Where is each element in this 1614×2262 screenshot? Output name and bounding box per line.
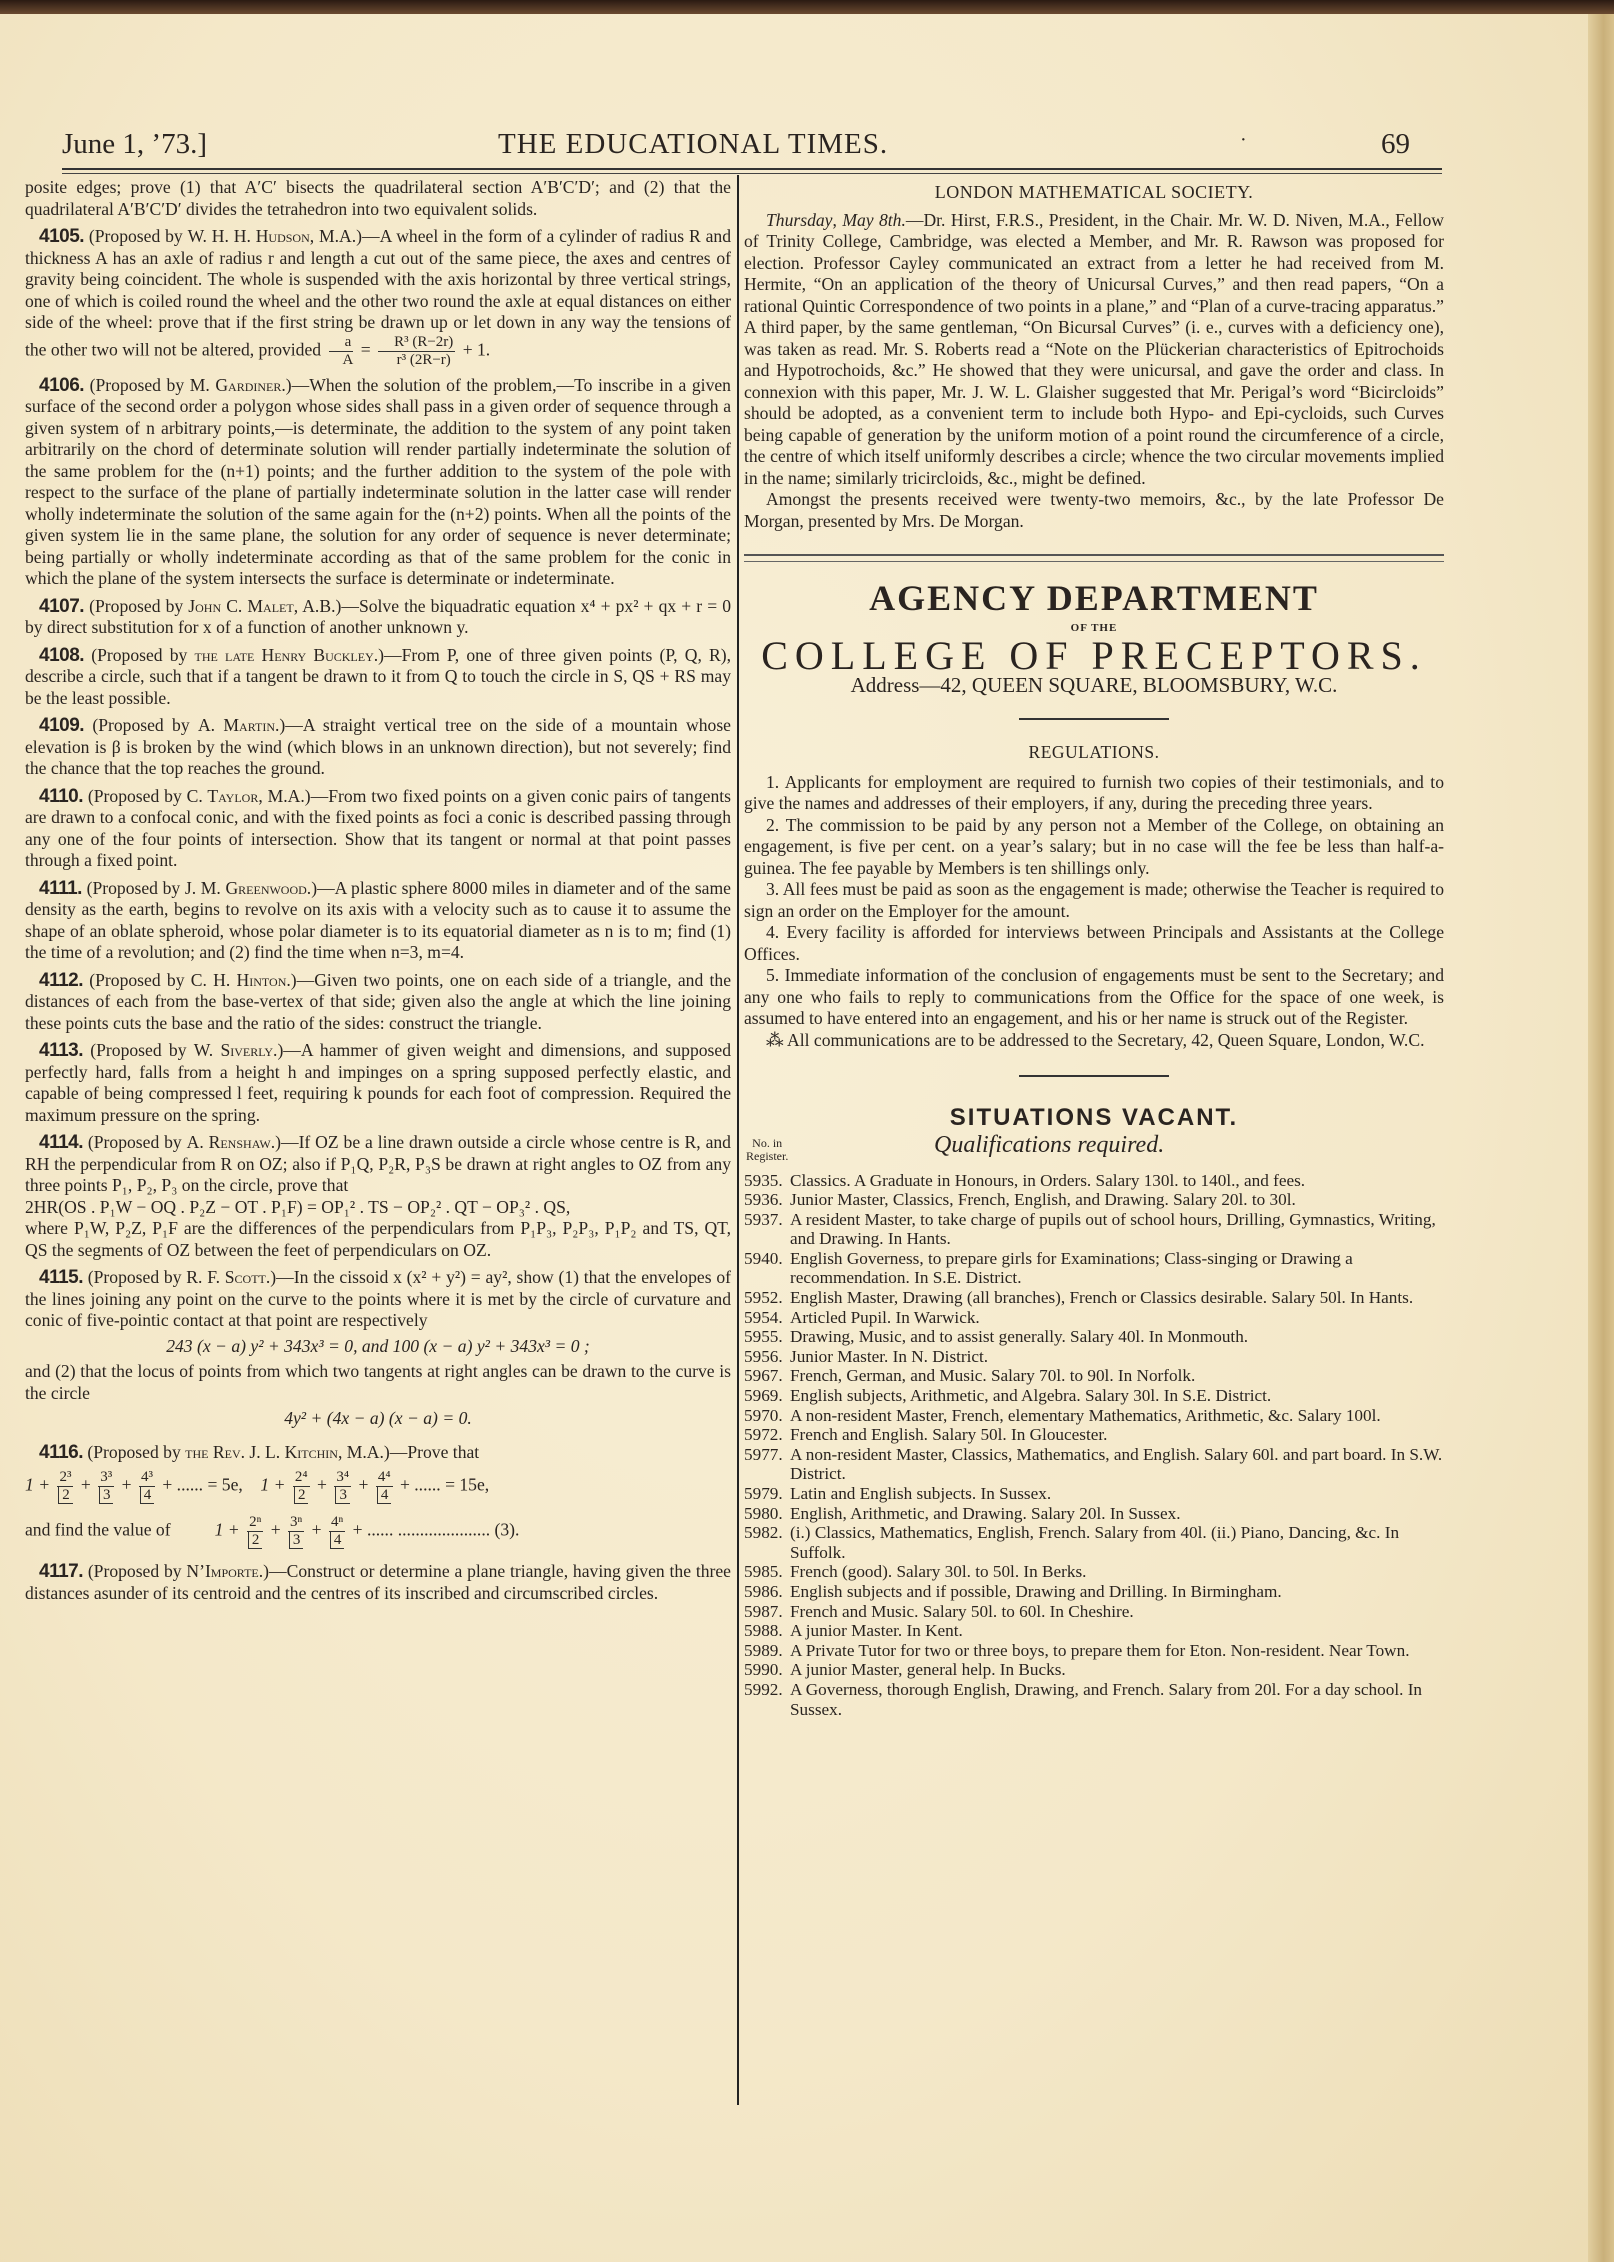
proposer: N’Importe. xyxy=(186,1561,263,1581)
problem-4114: 4114. (Proposed by A. Renshaw.)—If OZ be… xyxy=(25,1132,731,1197)
proposer: A. Martin. xyxy=(198,715,279,735)
list-item: 5987.French and Music. Salary 50l. to 60… xyxy=(744,1602,1444,1622)
proposer: C. Taylor, M.A. xyxy=(187,786,305,806)
list-item: 5952.English Master, Drawing (all branch… xyxy=(744,1288,1444,1308)
lms-presents: Amongst the presents received were twent… xyxy=(744,489,1444,532)
formula-fraction: R³ (R−2r)r³ (2R−r) xyxy=(378,334,455,369)
header-rule-thin xyxy=(62,173,1442,174)
secretary-note: ⁂ All communications are to be addressed… xyxy=(744,1030,1444,1052)
formula-4114: 2HR(OS . P₁W − OQ . P₂Z − OT . P₁F) = OP… xyxy=(25,1197,731,1219)
list-item: 5979.Latin and English subjects. In Suss… xyxy=(744,1484,1444,1504)
proposer: W. H. H. Hudson, M.A. xyxy=(188,226,357,246)
continuation-text: posite edges; prove (1) that A′C′ bisect… xyxy=(25,177,731,220)
section-divider xyxy=(744,554,1444,562)
formula-4115-envelopes: 243 (x − a) y² + 343x³ = 0, and 100 (x −… xyxy=(25,1336,731,1358)
list-item: 5990.A junior Master, general help. In B… xyxy=(744,1660,1444,1680)
situations-list: 5935.Classics. A Graduate in Honours, in… xyxy=(744,1171,1444,1720)
college-heading: COLLEGE OF PRECEPTORS. xyxy=(744,645,1444,667)
publication-title: THE EDUCATIONAL TIMES. xyxy=(498,124,888,164)
problem-4113: 4113. (Proposed by W. Siverly.)—A hammer… xyxy=(25,1040,731,1126)
problem-text: Prove that xyxy=(407,1442,479,1462)
list-item: 5954.Articled Pupil. In Warwick. xyxy=(744,1308,1444,1328)
left-column: posite edges; prove (1) that A′C′ bisect… xyxy=(25,177,731,1604)
list-item: 5935.Classics. A Graduate in Honours, in… xyxy=(744,1171,1444,1191)
regulation-3: 3. All fees must be paid as soon as the … xyxy=(744,879,1444,922)
short-divider xyxy=(1019,1075,1169,1077)
issue-date: June 1, ’73.] xyxy=(62,124,207,164)
page-number: 69 xyxy=(1381,124,1410,164)
problem-4111: 4111. (Proposed by J. M. Greenwood.)—A p… xyxy=(25,878,731,964)
problem-4115: 4115. (Proposed by R. F. Scott.)—In the … xyxy=(25,1267,731,1332)
list-item: 5992.A Governess, thorough English, Draw… xyxy=(744,1680,1444,1719)
situations-vacant-heading: SITUATIONS VACANT. xyxy=(744,1107,1444,1129)
problem-4107: 4107. (Proposed by John C. Malet, A.B.)—… xyxy=(25,596,731,639)
list-item: 5986.English subjects and if possible, D… xyxy=(744,1582,1444,1602)
qualifications-label: Qualifications required. xyxy=(934,1135,1164,1157)
series-formulas: 1 + 2³2 + 3³3 + 4³4 + ...... = 5e, 1 + 2… xyxy=(25,1469,731,1504)
problem-text-cont: and (2) that the locus of points from wh… xyxy=(25,1361,731,1404)
register-number-label: No. in Register. xyxy=(746,1137,788,1163)
problem-4106: 4106. (Proposed by M. Gardiner.)—When th… xyxy=(25,375,731,590)
regulation-5: 5. Immediate information of the conclusi… xyxy=(744,965,1444,1030)
problem-text: When the solution of the problem,—To ins… xyxy=(25,375,731,589)
list-item: 5956.Junior Master. In N. District. xyxy=(744,1347,1444,1367)
proposer: J. M. Greenwood. xyxy=(185,878,311,898)
lms-report: Thursday, May 8th.—Dr. Hirst, F.R.S., Pr… xyxy=(744,210,1444,490)
short-divider xyxy=(1019,718,1169,720)
regulation-4: 4. Every facility is afforded for interv… xyxy=(744,922,1444,965)
problem-4112: 4112. (Proposed by C. H. Hinton.)—Given … xyxy=(25,970,731,1035)
formula-4115-circle: 4y² + (4x − a) (x − a) = 0. xyxy=(25,1408,731,1430)
proposer: W. Siverly. xyxy=(194,1040,278,1060)
page-edge-shadow xyxy=(1588,14,1614,2262)
list-item: 5980.English, Arithmetic, and Drawing. S… xyxy=(744,1504,1444,1524)
problem-4109: 4109. (Proposed by A. Martin.)—A straigh… xyxy=(25,715,731,780)
list-item: 5936.Junior Master, Classics, French, En… xyxy=(744,1190,1444,1210)
header-dot: · xyxy=(1240,120,1247,160)
list-item: 5955.Drawing, Music, and to assist gener… xyxy=(744,1327,1444,1347)
agency-heading: AGENCY DEPARTMENT xyxy=(744,588,1444,610)
problem-4105: 4105. (Proposed by W. H. H. Hudson, M.A.… xyxy=(25,226,731,369)
scan-top-edge xyxy=(0,0,1614,14)
list-item: 5989.A Private Tutor for two or three bo… xyxy=(744,1641,1444,1661)
situations-column-headers: No. in Register. Qualifications required… xyxy=(744,1133,1444,1171)
proposer: A. Renshaw. xyxy=(187,1132,276,1152)
list-item: 5969.English subjects, Arithmetic, and A… xyxy=(744,1386,1444,1406)
problem-number: 4105. xyxy=(39,226,84,247)
problem-4117: 4117. (Proposed by N’Importe.)—Construct… xyxy=(25,1561,731,1604)
problem-4108: 4108. (Proposed by the late Henry Buckle… xyxy=(25,645,731,710)
problem-4116: 4116. (Proposed by the Rev. J. L. Kitchi… xyxy=(25,1442,731,1464)
list-item: 5940.English Governess, to prepare girls… xyxy=(744,1249,1444,1288)
lms-heading: LONDON MATHEMATICAL SOCIETY. xyxy=(744,182,1444,204)
proposer: M. Gardiner. xyxy=(190,375,286,395)
list-item: 5982.(i.) Classics, Mathematics, English… xyxy=(744,1523,1444,1562)
regulation-2: 2. The commission to be paid by any pers… xyxy=(744,815,1444,880)
header-rule xyxy=(62,168,1442,170)
problem-text-cont: where P₁W, P₂Z, P₁F are the differences … xyxy=(25,1218,731,1261)
column-divider xyxy=(737,175,739,2105)
list-item: 5985.French (good). Salary 30l. to 50l. … xyxy=(744,1562,1444,1582)
proposer: John C. Malet, A.B. xyxy=(188,596,335,616)
regulation-1: 1. Applicants for employment are require… xyxy=(744,772,1444,815)
list-item: 5967.French, German, and Music. Salary 7… xyxy=(744,1366,1444,1386)
regulations-heading: REGULATIONS. xyxy=(744,742,1444,764)
proposer: R. F. Scott. xyxy=(186,1267,270,1287)
list-item: 5988.A junior Master. In Kent. xyxy=(744,1621,1444,1641)
list-item: 5970.A non-resident Master, French, elem… xyxy=(744,1406,1444,1426)
proposer: the Rev. J. L. Kitchin, M.A. xyxy=(185,1442,384,1462)
proposer: the late Henry Buckley. xyxy=(195,645,379,665)
right-column: LONDON MATHEMATICAL SOCIETY. Thursday, M… xyxy=(744,178,1444,1719)
proposer: C. H. Hinton. xyxy=(191,970,291,990)
list-item: 5937.A resident Master, to take charge o… xyxy=(744,1210,1444,1249)
problem-4110: 4110. (Proposed by C. Taylor, M.A.)—From… xyxy=(25,786,731,872)
list-item: 5977.A non-resident Master, Classics, Ma… xyxy=(744,1445,1444,1484)
formula-fraction: aA xyxy=(329,334,354,369)
page-header: June 1, ’73.] THE EDUCATIONAL TIMES. · 6… xyxy=(62,124,1440,164)
list-item: 5972.French and English. Salary 50l. In … xyxy=(744,1425,1444,1445)
series-find-value: and find the value of 1 + 2ⁿ2 + 3ⁿ3 + 4ⁿ… xyxy=(25,1514,731,1549)
